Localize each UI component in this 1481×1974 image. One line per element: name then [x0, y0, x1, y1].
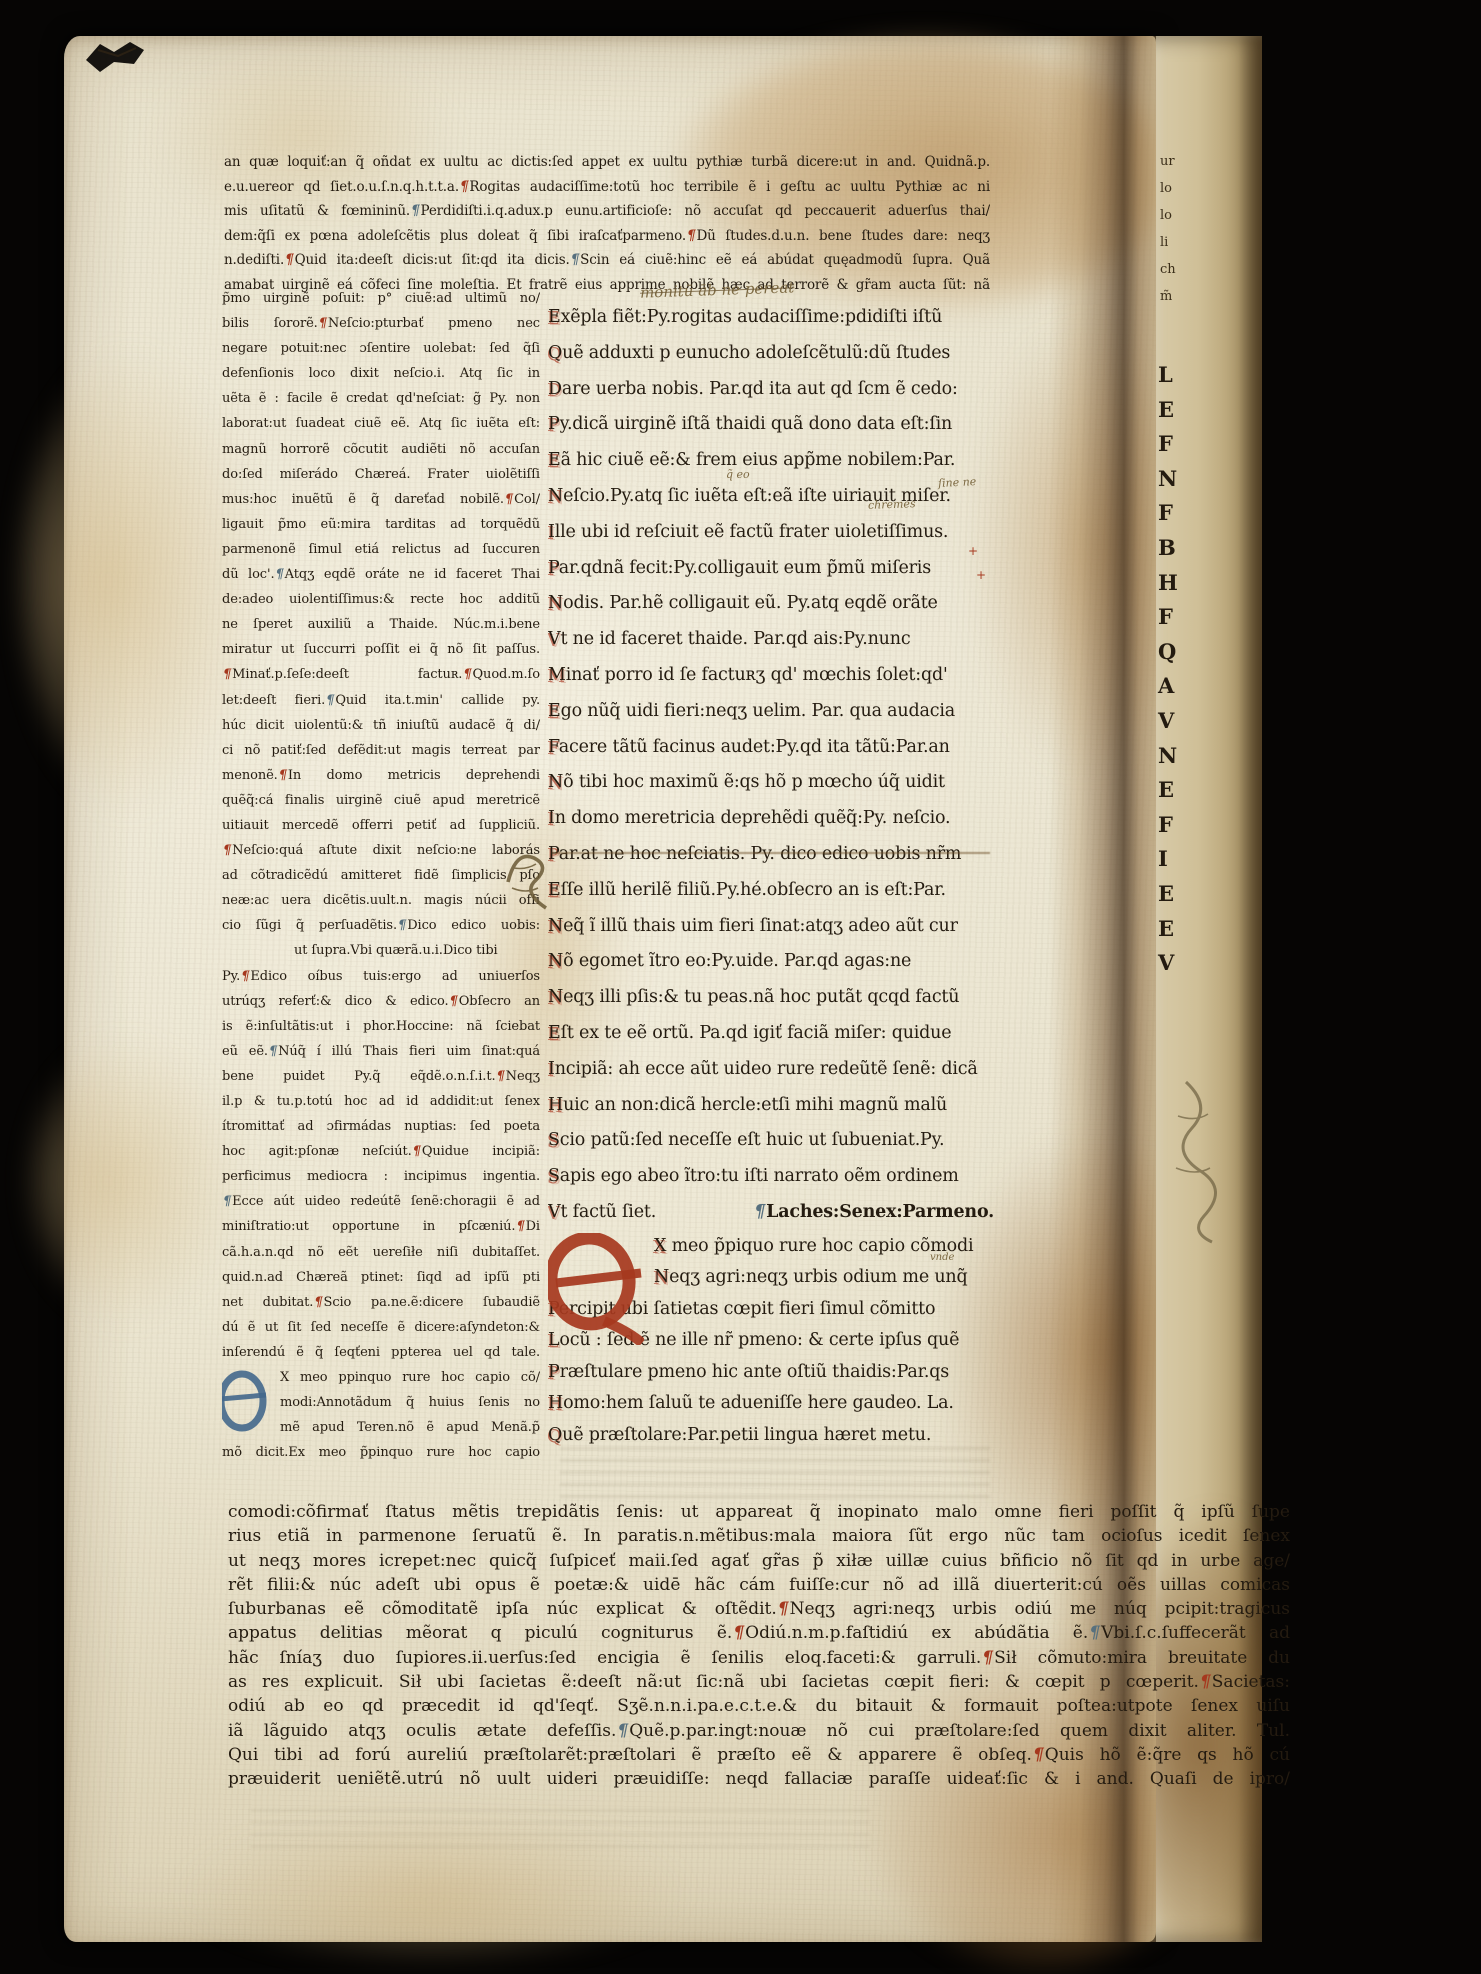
verse-line: Vt ne id faceret thaide. Par.qd ais:Py.n…	[548, 622, 994, 658]
commentary-line: do:ſed miſerádo Chæreá. Frater uiolẽtiſſ…	[222, 462, 540, 487]
verse-line: Minať porro id ſe factuʀʒ qd' mœchis ſol…	[548, 658, 994, 694]
commentary-line: X meo ppinquo rure hoc capio cõ/	[222, 1365, 540, 1390]
facing-page-fragment: lo	[1160, 175, 1176, 202]
stain	[184, 1816, 684, 1956]
commentary-line: defenſionis loco dixit neſcio.i. Atq ſic…	[222, 361, 540, 386]
facing-page-fragment: N	[1158, 462, 1178, 497]
verse-line: Homo:hem ſaluũ te adueniſſe here gaudeo.…	[548, 1388, 994, 1420]
pilcrow-mark: ¶	[462, 667, 472, 682]
verse-line: Py.dicã uirginẽ iſtã thaidi quã dono dat…	[548, 407, 994, 443]
commentary-line: ligauit p̃mo eũ:mira tarditas ad torquẽd…	[222, 512, 540, 537]
pilcrow-mark: ¶	[268, 1044, 278, 1059]
reader-underline	[552, 852, 990, 854]
verse-column: Exẽpla fiẽt:Py.rogitas audaciſſime:pdidi…	[548, 300, 994, 1451]
verse-line: Quẽ adduxti p eunucho adoleſcẽtulũ:dũ ſt…	[548, 336, 994, 372]
pilcrow-mark: ¶	[318, 316, 328, 331]
commentary-line: ¶Minať.p.ſeſe:deeſt factuʀ.¶Quod.m.ſo	[222, 662, 540, 687]
pilcrow-mark: ¶	[753, 1202, 766, 1222]
verse-lines: Exẽpla fiẽt:Py.rogitas audaciſſime:pdidi…	[548, 300, 994, 1195]
handwritten-note: chremes	[868, 497, 916, 512]
commentary-line: ut neqʒ mores icrepet:nec quicq̃ ſuſpice…	[228, 1549, 1290, 1573]
facing-page-fragment: E	[1158, 877, 1178, 912]
verse-line: Neqʒ illi pſis:& tu peas.nã hoc putãt qc…	[548, 980, 994, 1016]
commentary-line: utrúqʒ referť:& dico & edico.¶Obſecro an	[222, 989, 540, 1014]
facing-page-fragment: F	[1158, 496, 1178, 531]
facing-page-fragment: E	[1158, 773, 1178, 808]
commentary-line: negare potuit:nec ɔſentire uolebat: ſed …	[222, 336, 540, 361]
left-column-upper: p̃mo uirginẽ poſuit: p° ciuẽ:ad ultimũ n…	[222, 286, 540, 938]
pilcrow-mark: ¶	[496, 1069, 506, 1084]
commentary-line: is ẽ:inſultãtis:ut i phor.Hoccine: nã ſc…	[222, 1014, 540, 1039]
commentary-line: quid.n.ad Chæreã ptinet: ſiqd ad ipſũ pt…	[222, 1265, 540, 1290]
verse-line: Par.qdnã fecit:Py.colligauit eum p̃mũ mi…	[548, 551, 994, 587]
pilcrow-mark: ¶	[570, 252, 580, 268]
facing-page-line-fragments: LEFNFBHFQAVNEFIEEV	[1158, 358, 1178, 981]
commentary-line: miniſtratio:ut opportune in pſcæniú.¶Di	[222, 1214, 540, 1239]
pilcrow-mark: ¶	[222, 1194, 232, 1209]
left-commentary-column: p̃mo uirginẽ poſuit: p° ciuẽ:ad ultimũ n…	[222, 286, 540, 1465]
handwritten-note: vnde	[930, 1252, 954, 1263]
commentary-line: mẽ apud Teren.nõ ẽ apud Menã.p̃	[222, 1415, 540, 1440]
commentary-line: dem:q̃ſi ex pœna adoleſcẽtis plus doleat…	[224, 224, 990, 249]
commentary-line: il.p & tu.p.totú hoc ad id addidit:ut ſe…	[222, 1089, 540, 1114]
facing-page-fragment: B	[1158, 531, 1178, 566]
facing-page-fragment: F	[1158, 808, 1178, 843]
verse-line: In domo meretricia deprehẽdi quẽq̃:Py. n…	[548, 801, 994, 837]
commentary-line: dũ loc'.¶Atqʒ eqdẽ oráte ne id faceret T…	[222, 562, 540, 587]
pilcrow-mark: ¶	[240, 969, 250, 984]
facing-page-fragment: ch	[1160, 256, 1176, 283]
pilcrow-mark: ¶	[504, 492, 514, 507]
rubricated-initial-e	[548, 1233, 644, 1345]
commentary-line: menonẽ.¶In domo metricis deprehendi	[222, 763, 540, 788]
pilcrow-mark: ¶	[459, 179, 469, 195]
pilcrow-mark: ¶	[275, 567, 285, 582]
commentary-line: perficimus mediocra : incipimus ingentia…	[222, 1164, 540, 1189]
commentary-line: miratur ut ſuccurri poſſit ei q̃ nõ ſit …	[222, 637, 540, 662]
verse-line: Nodis. Par.hẽ colligauit eũ. Py.atq eqdẽ…	[548, 586, 994, 622]
verse-line: Nõ tibi hoc maximũ ẽ:qs hõ p mœcho úq̃ u…	[548, 765, 994, 801]
facing-page-fragment: L	[1158, 358, 1178, 393]
commentary-line: mis uſitatũ & fœmininũ.¶Perdidiſti.i.q.a…	[224, 199, 990, 224]
red-cross-mark: +	[968, 544, 978, 558]
scene-heading: ¶Laches:Senex:Parmeno.	[753, 1195, 994, 1231]
verse-line: Scio patũ:ſed neceſſe eſt huic ut ſubuen…	[548, 1123, 994, 1159]
commentary-line: neæ:ac uera dicẽtis.uult.n. magis núcii …	[222, 888, 540, 913]
pilcrow-mark: ¶	[777, 1599, 790, 1619]
commentary-line: Py.¶Edico oíbus tuis:ergo ad uniuerſos	[222, 964, 540, 989]
pilcrow-mark: ¶	[325, 693, 335, 708]
left-initial-lines: X meo ppinquo rure hoc capio cõ/modi:Ann…	[222, 1365, 540, 1440]
commentary-line: bene puidet Py.q̃ eq̃dẽ.o.n.ſ.i.t.¶Neqʒ	[222, 1064, 540, 1089]
facing-page-fragment: V	[1158, 704, 1178, 739]
commentary-line: hoc agit:pſonæ neſciút.¶Quidue incipiã:	[222, 1139, 540, 1164]
pilcrow-mark: ¶	[515, 1219, 525, 1234]
left-initial-block: X meo ppinquo rure hoc capio cõ/modi:Ann…	[222, 1365, 540, 1440]
top-commentary-block: an quæ loquiť:an q̃ oñdat ex uultu ac di…	[224, 150, 990, 298]
commentary-line: as res explicuit. Sił ubi ſacietas ẽ:dee…	[228, 1670, 1290, 1694]
commentary-line: cã.h.a.n.qd nõ eẽt uereſiłe niſi dubitaſ…	[222, 1240, 540, 1265]
pilcrow-mark: ¶	[397, 918, 407, 933]
verse-line: Eã hic ciuẽ eẽ:& frem eius app̃me nobile…	[548, 443, 994, 479]
commentary-line: comodi:cõfirmať ſtatus mẽtis trepidãtis …	[228, 1500, 1290, 1524]
handwritten-note: ſine ne	[938, 475, 977, 490]
commentary-line: an quæ loquiť:an q̃ oñdat ex uultu ac di…	[224, 150, 990, 175]
pilcrow-mark: ¶	[284, 252, 294, 268]
commentary-line: parmenonẽ ſimul etiá relictus ad ſuccure…	[222, 537, 540, 562]
facing-page-fragment: lo	[1160, 202, 1176, 229]
pilcrow-mark: ¶	[1032, 1745, 1045, 1765]
commentary-line: ne ſperet auxiliũ a Thaide. Núc.m.i.bene	[222, 612, 540, 637]
commentary-line: de:adeo uiolentiſſimus:& recte hoc addit…	[222, 587, 540, 612]
commentary-line: ítromittať ad ɔfirmádas nuptias: ſed poe…	[222, 1114, 540, 1139]
facing-page-fragment: m̃	[1160, 283, 1176, 310]
debris-speck	[84, 40, 148, 80]
verse-line: Dare uerba nobis. Par.qd ita aut qd ſcm …	[548, 372, 994, 408]
commentary-line: mõ dicit.Ex meo p̃pinquo rure hoc capio	[222, 1440, 540, 1465]
facing-page-fragment: V	[1158, 946, 1178, 981]
verse-line: Ego nũq̃ uidi fieri:neqʒ uelim. Par. qua…	[548, 694, 994, 730]
commentary-line: quẽq̃:cá finalis uirginẽ ciuẽ apud meret…	[222, 788, 540, 813]
verse-line: Præſtulare pmeno hic ante oſtiũ thaidis:…	[548, 1357, 994, 1389]
commentary-line: laborat:ut ſuadeat ciuẽ eẽ. Atq ſic iuẽt…	[222, 411, 540, 436]
facing-page-fragment: H	[1158, 566, 1178, 601]
facing-page-fragment: A	[1158, 669, 1178, 704]
commentary-line: ſuburbanas eẽ cõmoditatẽ ipſa núc explic…	[228, 1597, 1290, 1621]
commentary-line: iã lãguido atqʒ oculis ætate defeſſis.¶Q…	[228, 1719, 1290, 1743]
commentary-line: rẽt filii:& núc adeſt ubi opus ẽ poetæ:&…	[228, 1573, 1290, 1597]
verse-line: Exẽpla fiẽt:Py.rogitas audaciſſime:pdidi…	[548, 300, 994, 336]
commentary-line: dú ẽ ut ſit ſed neceſſe ẽ dicere:aſyndet…	[222, 1315, 540, 1340]
verse-line: Ille ubi id reſciuit eẽ factũ frater uio…	[548, 515, 994, 551]
commentary-line: inſerendú ẽ q̃ ſeqťeni ppterea uel qd ta…	[222, 1340, 540, 1365]
verse-line: Eſt ex te eẽ ortũ. Pa.qd igiť faciã miſe…	[548, 1016, 994, 1052]
pilcrow-mark: ¶	[981, 1648, 994, 1668]
commentary-line: appatus delitias mẽorat q piculú cognitu…	[228, 1621, 1290, 1645]
commentary-line: mus:hoc inuẽtũ ẽ q̃ dareťad nobilẽ.¶Col/	[222, 487, 540, 512]
facing-page-fragment: F	[1158, 600, 1178, 635]
commentary-line-indented: ut ſupra.Vbi quærã.u.i.Dico tibi	[222, 938, 540, 963]
pilcrow-mark: ¶	[1088, 1623, 1101, 1643]
verse-line: Sapis ego abeo ĩtro:tu iſti narrato oẽm …	[548, 1159, 994, 1195]
verse-line: Neſcio.Py.atq ſic iuẽta eſt:eã iſte uiri…	[548, 479, 994, 515]
commentary-line: let:deeſt fieri.¶Quid ita.t.min' callide…	[222, 688, 540, 713]
verse-line: Nõ egomet ĩtro eo:Py.uide. Par.qd agas:n…	[548, 944, 994, 980]
pilcrow-mark: ¶	[1199, 1672, 1212, 1692]
pilcrow-mark: ¶	[278, 768, 288, 783]
commentary-line: præuiderit ueniẽtẽ.utrú nõ uult uideri p…	[228, 1767, 1290, 1791]
scene-block: X meo p̃piquo rure hoc capio cõmodiNeqʒ …	[548, 1231, 994, 1452]
commentary-line: ¶Ecce aút uideo redeútẽ ſenẽ:choragii ẽ …	[222, 1189, 540, 1214]
facing-page-top-fragments: urlololichm̃	[1160, 148, 1176, 310]
pilcrow-mark: ¶	[616, 1721, 629, 1741]
bottom-commentary-block: comodi:cõfirmať ſtatus mẽtis trepidãtis …	[228, 1500, 1290, 1792]
scan-background: urlololichm̃ LEFNFBHFQAVNEFIEEV an quæ l…	[0, 0, 1481, 1974]
commentary-line: ¶Neſcio:quá aſtute dixit neſcio:ne labor…	[222, 838, 540, 863]
commentary-line: hãc ſníaʒ duo ſupiores.ii.uerſus:ſed enc…	[228, 1646, 1290, 1670]
commentary-line: net dubitat.¶Scio pa.ne.ẽ:dicere ſubaudi…	[222, 1290, 540, 1315]
commentary-line: uẽta ẽ : facile ẽ credat qd'neſciat: g̃ …	[222, 386, 540, 411]
facing-page-fragment: li	[1160, 229, 1176, 256]
left-column-lower: Py.¶Edico oíbus tuis:ergo ad uniuerſosut…	[222, 964, 540, 1366]
facing-page-fragment: F	[1158, 427, 1178, 462]
pilcrow-mark: ¶	[686, 228, 696, 244]
commentary-line: rius etiã in parmenone ſeruatũ ẽ. In par…	[228, 1524, 1290, 1548]
facing-page-fragment: E	[1158, 393, 1178, 428]
commentary-line: Qui tibi ad forú aureliú præſtolarẽt:præ…	[228, 1743, 1290, 1767]
pilcrow-mark: ¶	[410, 203, 420, 219]
verse-line: Vt factũ ſiet.	[548, 1195, 656, 1231]
pilcrow-mark: ¶	[449, 994, 459, 1009]
verse-line: Par.at ne hoc neſciatis. Py. dico edico …	[548, 837, 994, 873]
commentary-line: e.u.uereor qd ſiet.o.u.ſ.n.q.h.t.t.a.¶Ro…	[224, 175, 990, 200]
commentary-line: odiú ab eo qd præcedit id qd'ſeqť. Sʒẽ.n…	[228, 1694, 1290, 1718]
pilcrow-mark: ¶	[732, 1623, 745, 1643]
commentary-line: magnũ horrorẽ cõcutit audiẽti nõ accuſan	[222, 437, 540, 462]
commentary-line: n.dediſti.¶Quid ita:deeſt dicis:ut ſit:q…	[224, 248, 990, 273]
commentary-line: uitiauit mercedẽ offerri petiť ad ſuppli…	[222, 813, 540, 838]
commentary-line: modi:Annotãdum q̃ huius ſenis no	[222, 1390, 540, 1415]
commentary-line: eũ eẽ.¶Núq̃ í illú Thais fieri uim ſinat…	[222, 1039, 540, 1064]
verse-line: Neq̃ ĩ illũ thais uim fieri ſinat:atqʒ a…	[548, 909, 994, 945]
commentary-line: ci nõ patiť:ſed defẽdit:ut magis terreat…	[222, 738, 540, 763]
blue-initial-e	[222, 1369, 268, 1435]
facing-page-fragment: E	[1158, 912, 1178, 947]
red-cross-mark: +	[976, 568, 986, 582]
verse-line: Incipiã: ah ecce aũt uideo rure redeũtẽ …	[548, 1052, 994, 1088]
manicule-flourish-icon	[502, 838, 554, 912]
pilcrow-mark: ¶	[222, 667, 232, 682]
verse-line: Quẽ præſtolare:Par.petii lingua hæret me…	[548, 1420, 994, 1452]
commentary-line: bilis ſororẽ.¶Neſcio:pturbať pmeno nec	[222, 311, 540, 336]
facing-page-fragment: N	[1158, 739, 1178, 774]
pen-flourish-icon	[1156, 1076, 1226, 1246]
commentary-line: cio ſũgi q̃ perſuadẽtis.¶Dico edico uobi…	[222, 913, 540, 938]
commentary-line: húc dicit uiolentũ:& tñ iniuſtũ audacẽ q…	[222, 713, 540, 738]
facing-page-fragment: I	[1158, 842, 1178, 877]
facing-page-fragment: Q	[1158, 635, 1178, 670]
pilcrow-mark: ¶	[412, 1144, 422, 1159]
handwritten-note: q̃ eo	[726, 468, 750, 481]
commentary-line: ad cõtradicẽdú amitteret fidẽ ſimplicis …	[222, 863, 540, 888]
verse-line: Eſſe illũ herilẽ filiũ.Py.hé.obſecro an …	[548, 873, 994, 909]
verse-last-row: Vt factũ ſiet. ¶Laches:Senex:Parmeno.	[548, 1195, 994, 1231]
stain	[34, 1036, 244, 1326]
pilcrow-mark: ¶	[222, 843, 232, 858]
facing-page-fragment: ur	[1160, 148, 1176, 175]
verse-line: Huic an non:dicã hercle:etſi mihi magnũ …	[548, 1088, 994, 1124]
verse-line: Facere tãtũ facinus audet:Py.qd ita tãtũ…	[548, 730, 994, 766]
commentary-line: p̃mo uirginẽ poſuit: p° ciuẽ:ad ultimũ n…	[222, 286, 540, 311]
pilcrow-mark: ¶	[313, 1295, 323, 1310]
